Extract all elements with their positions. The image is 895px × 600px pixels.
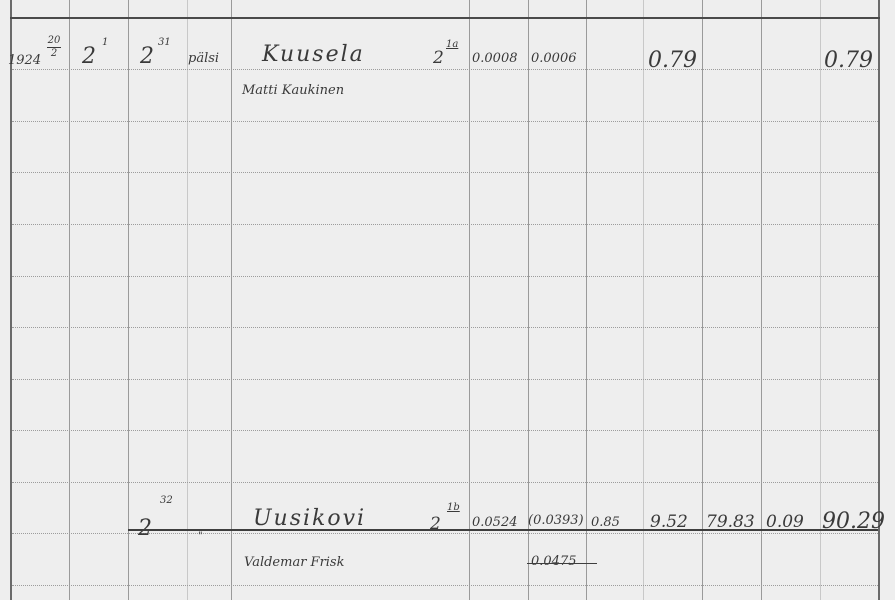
entry-val1: 0.0008 bbox=[472, 52, 518, 65]
strikethrough-line bbox=[527, 563, 597, 564]
column-rule bbox=[10, 0, 12, 600]
date-month: 2 bbox=[51, 48, 57, 59]
entry-val1: 0.0524 bbox=[472, 516, 518, 529]
owner-name: Valdemar Frisk bbox=[244, 556, 344, 569]
column-rule bbox=[187, 0, 188, 600]
column-rule bbox=[128, 0, 129, 600]
header-rule bbox=[10, 17, 880, 19]
column-rule bbox=[231, 0, 232, 600]
ruling-line bbox=[12, 276, 878, 277]
entry-val2-correction: 0.0475 bbox=[531, 555, 577, 568]
entry-val4: 0.79 bbox=[648, 50, 697, 72]
estate-name: Kuusela bbox=[262, 44, 365, 66]
ruling-line bbox=[12, 430, 878, 431]
entry-col4-ditto: " bbox=[198, 532, 203, 542]
entry-col2-sup: 1 bbox=[102, 38, 108, 48]
column-rule bbox=[469, 0, 470, 600]
ruling-line bbox=[12, 69, 878, 70]
ruling-line bbox=[12, 327, 878, 328]
strikethrough-line bbox=[128, 529, 878, 531]
owner-name: Matti Kaukinen bbox=[242, 84, 344, 97]
entry-date: 20 2 bbox=[47, 36, 61, 59]
column-rule bbox=[528, 0, 529, 600]
column-rule bbox=[820, 0, 821, 600]
entry-col4: pälsi bbox=[188, 52, 219, 65]
entry-ref-sup: 1b bbox=[447, 503, 460, 513]
ledger-page: 1924 20 2 2 1 2 31 pälsi Kuusela Matti K… bbox=[0, 0, 895, 600]
column-rule bbox=[761, 0, 762, 600]
ruling-line bbox=[12, 585, 878, 586]
entry-total: 0.79 bbox=[824, 50, 873, 72]
column-rule bbox=[69, 0, 70, 600]
entry-col2-base: 2 bbox=[82, 46, 96, 68]
entry-year: 1924 bbox=[8, 54, 41, 67]
column-rule bbox=[586, 0, 587, 600]
estate-name: Uusikovi bbox=[253, 508, 366, 530]
ruling-line bbox=[12, 379, 878, 380]
entry-val2: 0.0006 bbox=[531, 52, 577, 65]
column-rule bbox=[643, 0, 644, 600]
entry-val3: 0.85 bbox=[591, 516, 620, 529]
column-rule bbox=[702, 0, 703, 600]
ruling-line bbox=[12, 172, 878, 173]
ruling-line bbox=[12, 224, 878, 225]
entry-ref-base: 2 bbox=[433, 50, 444, 67]
date-day: 20 bbox=[48, 35, 61, 46]
ruling-line bbox=[12, 482, 878, 483]
entry-ref-sup: 1a bbox=[446, 40, 458, 50]
entry-col3-sup: 32 bbox=[160, 496, 173, 506]
ruling-line bbox=[12, 121, 878, 122]
entry-col3-sup: 31 bbox=[158, 38, 171, 48]
entry-col3-base: 2 bbox=[140, 46, 154, 68]
entry-val2: (0.0393) bbox=[528, 514, 584, 527]
